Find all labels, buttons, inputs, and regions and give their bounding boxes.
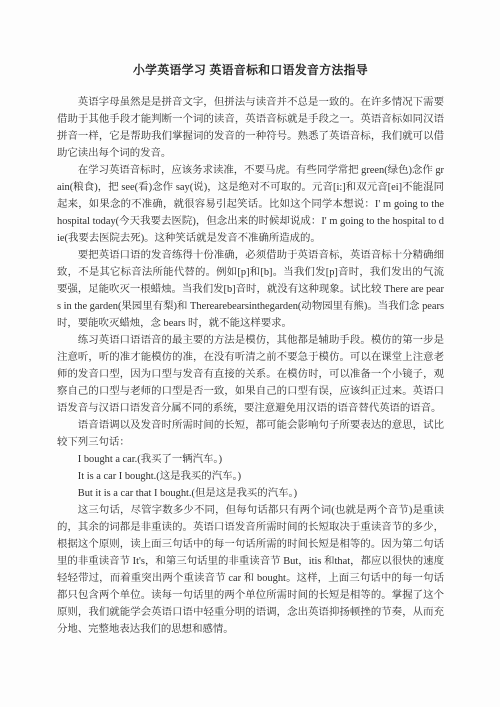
example-sentence-2: It is a car I bought.(这是我买的汽车。) bbox=[57, 468, 444, 485]
paragraph-phonetic-precision: 要把英语口语的发音练得十份准确，必须借助于英语音标，英语音标十分精确细致，不是其… bbox=[57, 247, 444, 332]
example-sentence-3: But it is a car that I bought.(但是这是我买的汽车… bbox=[57, 485, 444, 502]
paragraph-phonetic-accuracy: 在学习英语音标时，应该务求读准，不要马虎。有些同学常把 green(绿色)念作 … bbox=[57, 162, 444, 247]
example-sentence-1: I bought a car.(我买了一辆汽车。) bbox=[57, 451, 444, 468]
paragraph-intro: 英语字母虽然是是拼音文字，但拼法与读音并不总是一致的。在许多情况下需要借助于其他… bbox=[57, 94, 444, 162]
document-page: 小学英语学习 英语音标和口语发音方法指导 英语字母虽然是是拼音文字，但拼法与读音… bbox=[0, 0, 500, 707]
paragraph-stress-rhythm: 这三句话，尽管字数多少不同，但每句话都只有两个词(也就是两个音节)是重读的，其余… bbox=[57, 502, 444, 638]
paragraph-imitation-method: 练习英语口语语音的最主要的方法是模仿，其他都是辅助手段。模仿的第一步是注意听，听… bbox=[57, 332, 444, 417]
paragraph-intonation-intro: 语音语调以及发音时所需时间的长短，都可能会影响句子所要表达的意思，试比较下列三句… bbox=[57, 417, 444, 451]
document-title: 小学英语学习 英语音标和口语发音方法指导 bbox=[57, 62, 444, 79]
